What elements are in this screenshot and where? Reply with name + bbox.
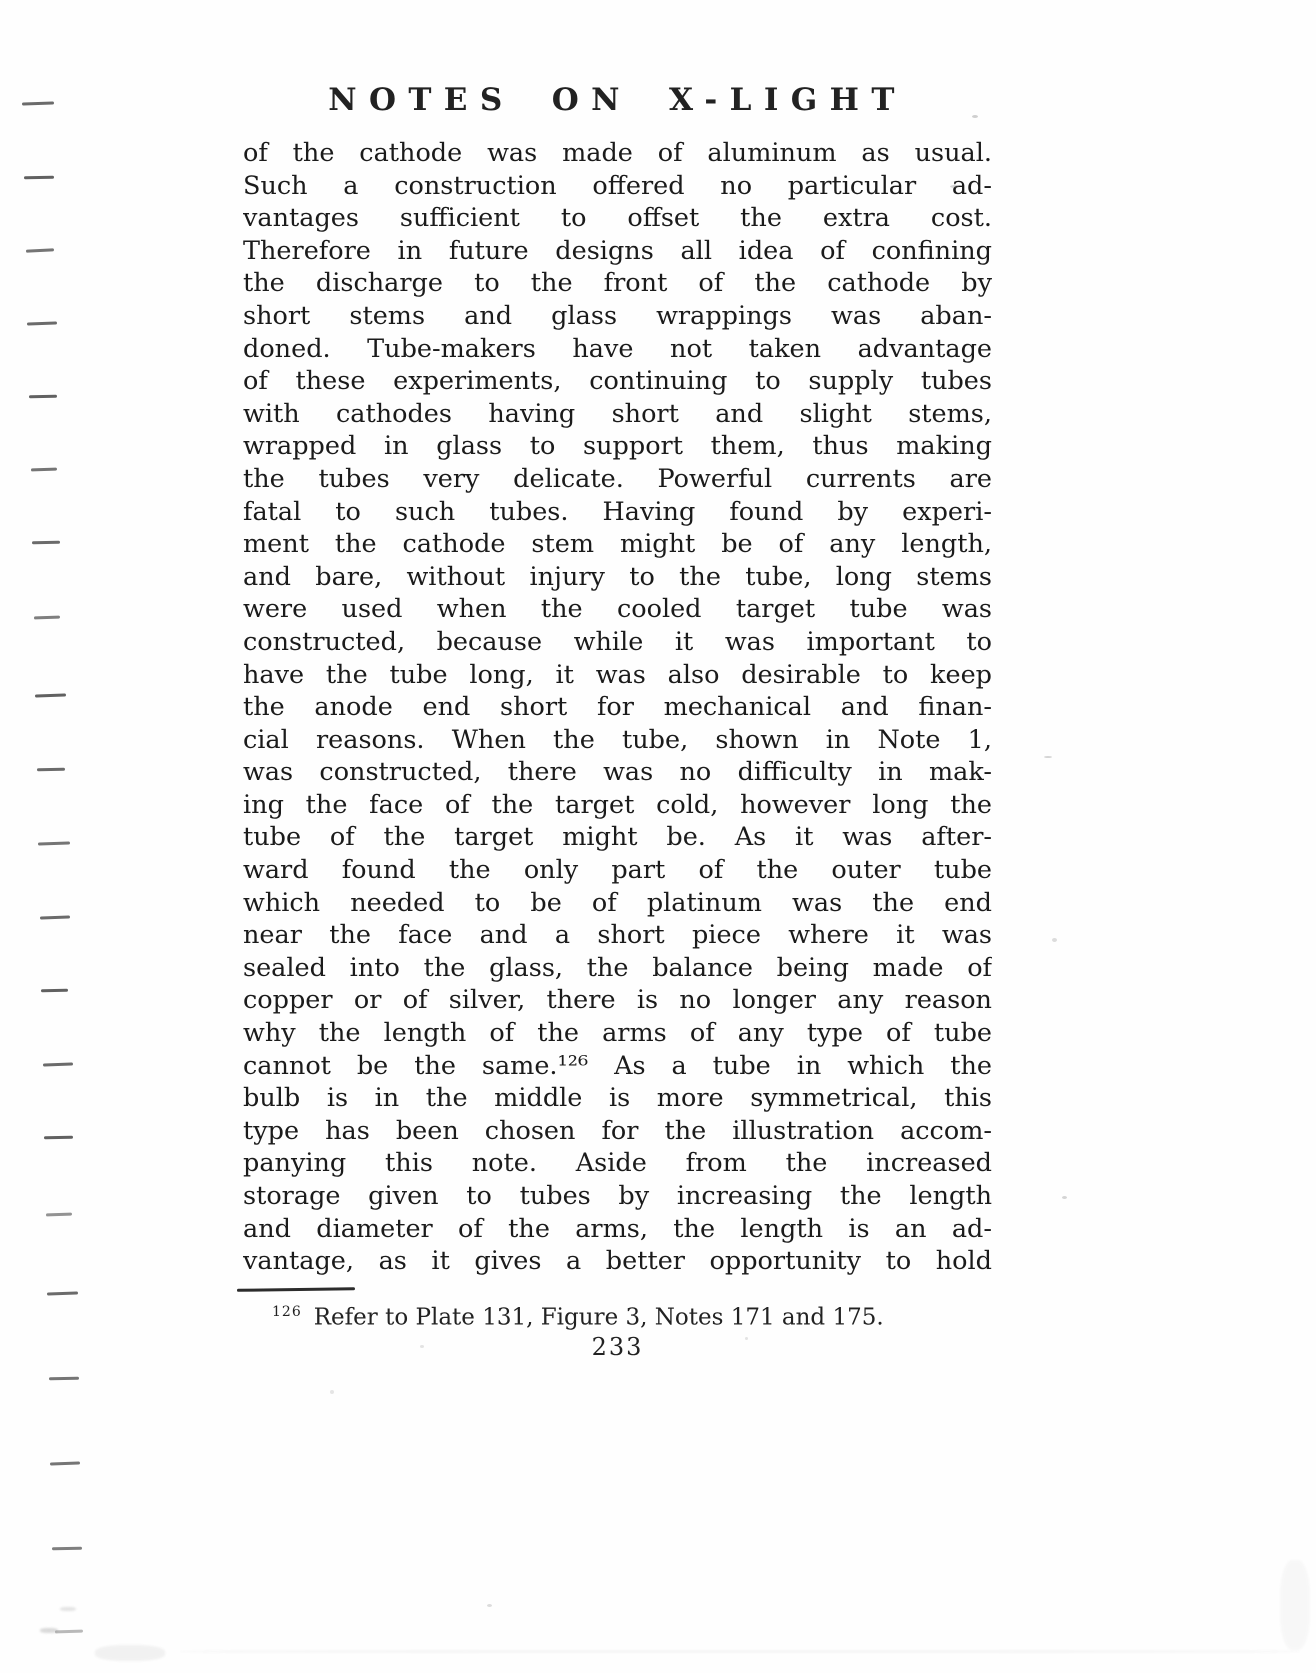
margin-dash-mark bbox=[24, 176, 54, 180]
body-line: doned. Tube-makers have not taken advant… bbox=[243, 333, 992, 366]
body-line: near the face and a short piece where it… bbox=[243, 919, 992, 952]
margin-dash-mark bbox=[32, 541, 60, 544]
page-number: 233 bbox=[243, 1333, 992, 1361]
body-line: tube of the target might be. As it was a… bbox=[243, 821, 992, 854]
body-line: and diameter of the arms, the length is … bbox=[243, 1213, 992, 1246]
body-line: have the tube long, it was also desirabl… bbox=[243, 659, 992, 692]
body-line: Therefore in future designs all idea of … bbox=[243, 235, 992, 268]
margin-dash-mark bbox=[47, 1291, 78, 1295]
scan-speckle bbox=[330, 1390, 334, 1394]
margin-dash-mark bbox=[26, 248, 54, 252]
scan-smudge bbox=[1280, 1560, 1310, 1650]
margin-dash-mark bbox=[46, 1213, 72, 1217]
scan-speckle bbox=[950, 185, 959, 188]
body-line: ing the face of the target cold, however… bbox=[243, 789, 992, 822]
footnote-marker: 126 bbox=[272, 1304, 302, 1320]
body-line: ward found the only part of the outer tu… bbox=[243, 854, 992, 887]
body-line: cannot be the same.¹²⁶ As a tube in whic… bbox=[243, 1050, 992, 1083]
margin-dash-mark bbox=[50, 1461, 80, 1465]
scan-smudge bbox=[95, 1645, 165, 1661]
scanned-page: NOTES ON X-LIGHT of the cathode was made… bbox=[0, 0, 1316, 1673]
body-line: the discharge to the front of the cathod… bbox=[243, 267, 992, 300]
scan-speckle bbox=[1044, 756, 1052, 758]
body-line: short stems and glass wrappings was aban… bbox=[243, 300, 992, 333]
margin-dash-mark bbox=[44, 1136, 73, 1140]
scan-speckle bbox=[487, 1604, 492, 1607]
body-line: was constructed, there was no difficulty… bbox=[243, 756, 992, 789]
body-line: copper or of silver, there is no longer … bbox=[243, 984, 992, 1017]
margin-dash-mark bbox=[49, 1377, 79, 1381]
margin-dash-mark bbox=[22, 101, 54, 105]
footnote-text: Refer to Plate 131, Figure 3, Notes 171 … bbox=[314, 1305, 884, 1331]
scan-speckle bbox=[1052, 938, 1057, 942]
margin-dash-mark bbox=[31, 468, 57, 472]
margin-dash-mark bbox=[27, 321, 57, 325]
body-line: cial reasons. When the tube, shown in No… bbox=[243, 724, 992, 757]
scan-smudge bbox=[60, 1607, 76, 1611]
scan-smudge bbox=[40, 1628, 58, 1633]
body-line: vantages sufficient to offset the extra … bbox=[243, 202, 992, 235]
footnote-separator-rule bbox=[237, 1287, 355, 1292]
body-line: with cathodes having short and slight st… bbox=[243, 398, 992, 431]
body-text: of the cathode was made of aluminum as u… bbox=[243, 137, 992, 1278]
margin-dash-mark bbox=[55, 1630, 83, 1634]
body-line: of the cathode was made of aluminum as u… bbox=[243, 137, 992, 170]
body-line: panying this note. Aside from the increa… bbox=[243, 1147, 992, 1180]
body-line: sealed into the glass, the balance being… bbox=[243, 952, 992, 985]
scan-speckle bbox=[846, 929, 851, 933]
body-line: and bare, without injury to the tube, lo… bbox=[243, 561, 992, 594]
margin-dash-mark bbox=[41, 989, 68, 992]
body-line: constructed, because while it was import… bbox=[243, 626, 992, 659]
margin-dash-mark bbox=[34, 616, 60, 620]
margin-dash-mark bbox=[29, 395, 57, 398]
body-line: the tubes very delicate. Powerful curren… bbox=[243, 463, 992, 496]
margin-dash-mark bbox=[38, 841, 70, 845]
body-line: wrapped in glass to support them, thus m… bbox=[243, 430, 992, 463]
body-line: vantage, as it gives a better opportunit… bbox=[243, 1245, 992, 1278]
body-line: which needed to be of platinum was the e… bbox=[243, 887, 992, 920]
scan-speckle bbox=[972, 115, 978, 118]
scan-smudge bbox=[180, 1650, 1300, 1653]
margin-dash-mark bbox=[43, 1062, 73, 1066]
body-line: fatal to such tubes. Having found by exp… bbox=[243, 496, 992, 529]
page-title: NOTES ON X-LIGHT bbox=[243, 82, 992, 118]
footnote: 126Refer to Plate 131, Figure 3, Notes 1… bbox=[272, 1297, 992, 1333]
scan-speckle bbox=[420, 1345, 424, 1348]
body-line: type has been chosen for the illustratio… bbox=[243, 1115, 992, 1148]
body-line: Such a construction offered no particula… bbox=[243, 170, 992, 203]
body-line: were used when the cooled target tube wa… bbox=[243, 593, 992, 626]
body-line: why the length of the arms of any type o… bbox=[243, 1017, 992, 1050]
margin-dash-mark bbox=[37, 768, 65, 771]
body-line: ment the cathode stem might be of any le… bbox=[243, 528, 992, 561]
margin-dash-mark bbox=[52, 1547, 82, 1551]
body-line: the anode end short for mechanical and f… bbox=[243, 691, 992, 724]
scan-speckle bbox=[1062, 1196, 1067, 1199]
body-line: of these experiments, continuing to supp… bbox=[243, 365, 992, 398]
scan-speckle bbox=[745, 1337, 748, 1340]
body-line: storage given to tubes by increasing the… bbox=[243, 1180, 992, 1213]
margin-dash-mark bbox=[40, 915, 70, 919]
margin-dash-mark bbox=[35, 693, 66, 697]
body-line: bulb is in the middle is more symmetrica… bbox=[243, 1082, 992, 1115]
